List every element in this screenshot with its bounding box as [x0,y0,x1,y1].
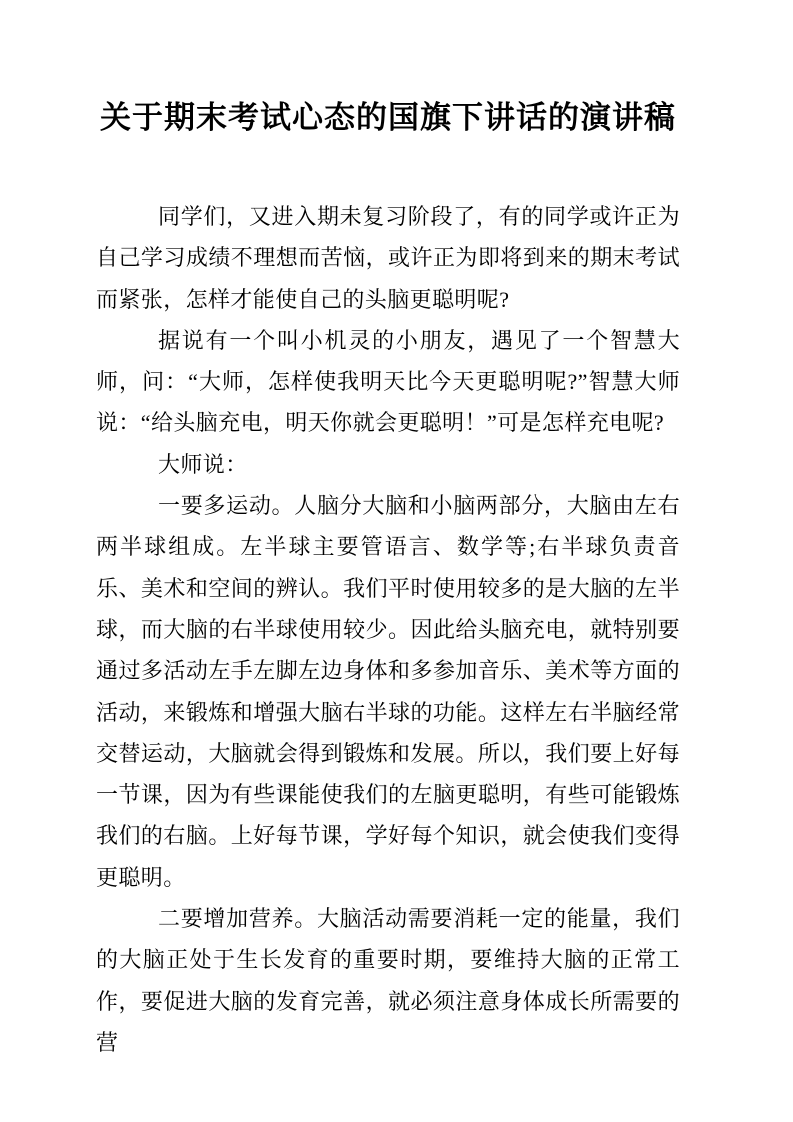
paragraph: 一要多运动。人脑分大脑和小脑两部分，大脑由左右两半球组成。左半球主要管语言、数学… [96,485,680,898]
document-page: 关于期末考试心态的国旗下讲话的演讲稿 同学们，又进入期未复习阶段了，有的同学或许… [0,0,793,1122]
paragraph: 据说有一个叫小机灵的小朋友，遇见了一个智慧大师，问：“大师，怎样使我明天比今天更… [96,320,680,444]
paragraph: 二要增加营养。大脑活动需要消耗一定的能量，我们的大脑正处于生长发育的重要时期，要… [96,898,680,1063]
paragraph: 同学们，又进入期未复习阶段了，有的同学或许正为自己学习成绩不理想而苦恼，或许正为… [96,196,680,320]
document-body: 同学们，又进入期未复习阶段了，有的同学或许正为自己学习成绩不理想而苦恼，或许正为… [96,196,680,1063]
paragraph: 大师说： [96,444,680,485]
document-title: 关于期末考试心态的国旗下讲话的演讲稿 [96,96,680,139]
